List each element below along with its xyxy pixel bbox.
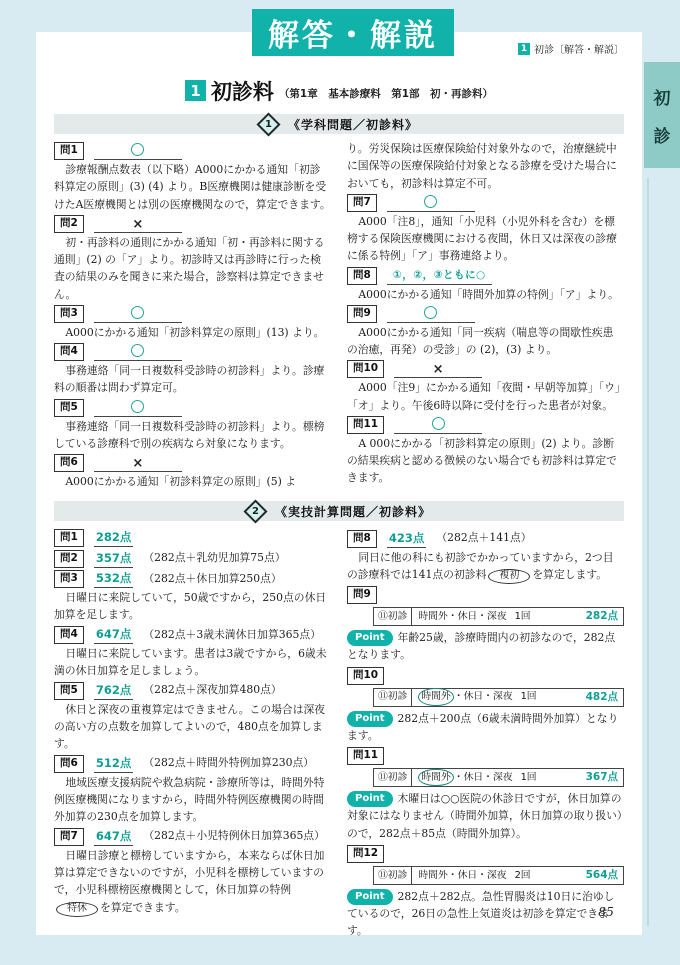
question-label: 問5: [54, 399, 84, 417]
question-label: 問9: [347, 586, 377, 604]
correct-mark-icon: [131, 400, 144, 413]
question-label: 問1: [54, 142, 84, 160]
question-label: 問7: [347, 194, 377, 212]
section-columns: 問1282点問2357点（282点＋乳幼児加算75点）問3532点（282点＋休…: [54, 527, 624, 942]
question-header: 問7647点（282点＋小児特例休日加算365点）: [54, 827, 331, 845]
explanation-text: A000にかかる通知「初診料算定の原則」(5) よ: [54, 473, 331, 490]
section-columns: 問1診療報酬点数表（以下略）A000にかかる通知「初診料算定の原則」(3) (4…: [54, 140, 624, 492]
explanation-text: A000にかかる通知「初診料算定の原則」(13) より。: [54, 324, 331, 341]
point-badge: Point: [347, 630, 393, 646]
receipt-row: ⑪初診時間外・休日・深夜1回482点: [373, 688, 624, 707]
question-item: 問7647点（282点＋小児特例休日加算365点）日曜日診療と標榜していますから…: [54, 827, 331, 916]
question-label: 問7: [54, 828, 84, 846]
answer-line: ×: [94, 219, 182, 233]
answer-points: 762点: [94, 683, 134, 700]
side-tab-char: 診: [654, 122, 671, 147]
answer-line: [94, 143, 182, 160]
side-tab-shoshin: 初 診: [644, 62, 680, 168]
question-item: 問5事務連絡「同一日複数科受診時の初診料」より。標榜している診療科で別の疾病なら…: [54, 399, 331, 453]
chapter-number-badge: 1: [185, 80, 206, 101]
point-badge: Point: [347, 889, 393, 905]
explanation-text: 日曜日診療と標榜していますから，本来ならば休日加算は算定できないのですが，小児科…: [54, 847, 331, 917]
answer-line: [387, 306, 475, 323]
question-label: 問2: [54, 215, 84, 233]
receipt-count: 1回: [521, 689, 537, 705]
question-header: 問1282点: [54, 529, 331, 547]
question-item: 問9A000にかかる通知「同一疾病（喘息等の間歇性疾患の治癒，再発）の受診」の …: [347, 305, 624, 359]
question-header: 問6×: [54, 454, 331, 472]
page-number: 85: [598, 904, 614, 919]
point-note: Point282点＋282点。急性胃腸炎は10日に治ゆしているので，26日の急性…: [347, 888, 624, 940]
answer-points: 532点: [94, 571, 134, 588]
answer-line: [94, 400, 182, 417]
question-header: 問7: [347, 194, 624, 212]
answer-detail: （282点＋141点）: [436, 529, 531, 547]
question-label: 問11: [347, 416, 384, 434]
explanation-text: 日曜日に来院していて，50歳ですから，250点の休日加算を足します。: [54, 589, 331, 624]
explanation-text: 日曜日に来院しています。患者は3歳ですから，6歳未満の休日加算を足しましょう。: [54, 645, 331, 680]
incorrect-mark-icon: ×: [433, 364, 444, 375]
answer-detail: （282点＋深夜加算480点）: [143, 681, 281, 699]
answer-line: ×: [394, 364, 482, 378]
question-item: 問1診療報酬点数表（以下略）A000にかかる通知「初診料算定の原則」(3) (4…: [54, 142, 331, 213]
chapter-title-text: 初診料: [211, 82, 274, 103]
answer-detail: （282点＋小児特例休日加算365点）: [143, 827, 325, 845]
question-label: 問4: [54, 343, 84, 361]
column: 問1282点問2357点（282点＋乳幼児加算75点）問3532点（282点＋休…: [54, 527, 331, 942]
question-item: 問12⑪初診時間外・休日・深夜2回564点Point282点＋282点。急性胃腸…: [347, 845, 624, 940]
circled-jikangai: 時間外: [418, 688, 453, 706]
header-reference-label: 初診〔解答・解説〕: [534, 41, 624, 56]
question-header: 問2357点（282点＋乳幼児加算75点）: [54, 549, 331, 567]
continued-text: り。労災保険は医療保険給付対象外なので，治療継続中に国保等の医療保険給付対象とな…: [347, 140, 624, 192]
correct-mark-icon: [131, 143, 144, 156]
question-item: 問10⑪初診時間外・休日・深夜1回482点Point282点＋200点（6歳未満…: [347, 667, 624, 745]
section-heading-label: 《実技計算問題／初診料》: [275, 503, 431, 520]
answer-line: ×: [94, 458, 182, 472]
question-header: 問9: [347, 305, 624, 323]
explanation-text: A 000にかかる「初診料算定の原則」(2) より。診断の結果疾病と認める徴候の…: [347, 435, 624, 487]
explanation-text: A000にかかる通知「時間外加算の特例」「ア」より。: [347, 286, 624, 303]
receipt-points: 564点: [586, 867, 623, 884]
section-heading-label: 《学科問題／初診料》: [288, 116, 418, 133]
explanation-text: 休日と深夜の重複算定はできません。この場合は深夜の高い方の点数を加算してよいので…: [54, 701, 331, 753]
book-page: 解答・解説 1 初診〔解答・解説〕 1 初診料 （第1章 基本診療料 第1部 初…: [36, 32, 642, 935]
question-item: 問11A 000にかかる「初診料算定の原則」(2) より。診断の結果疾病と認める…: [347, 416, 624, 487]
answer-points: 282点: [94, 530, 134, 547]
explanation-text: 事務連絡「同一日複数科受診時の初診料」より。診療料の順番は問わず算定可。: [54, 362, 331, 397]
question-label: 問12: [347, 845, 384, 863]
incorrect-mark-icon: ×: [132, 219, 143, 230]
answer-detail: （282点＋3歳未満休日加算365点）: [143, 626, 321, 644]
banner-title: 解答・解説: [268, 10, 438, 55]
point-note: Point木曜日は○○医院の休診日ですが，休日加算の対象にはなりません（時間外加…: [347, 790, 624, 842]
column: り。労災保険は医療保険給付対象外なので，治療継続中に国保等の医療保険給付対象とな…: [347, 140, 624, 492]
question-label: 問3: [54, 570, 84, 588]
receipt-code: ⑪初診: [374, 867, 412, 884]
question-header: 問12: [347, 845, 624, 863]
question-item: 問2357点（282点＋乳幼児加算75点）: [54, 549, 331, 567]
question-header: 問1: [54, 142, 331, 160]
question-item: 問6×A000にかかる通知「初診料算定の原則」(5) よ: [54, 454, 331, 490]
question-label: 問3: [54, 305, 84, 323]
answer-points: 357点: [94, 551, 134, 568]
question-item: 問1282点: [54, 529, 331, 547]
section-number-badge: 1: [518, 43, 530, 55]
question-item: 問10×A000「注9」にかかる通知「夜間・早朝等加算」「ウ」「オ」より。午後6…: [347, 360, 624, 414]
answer-points: 647点: [94, 829, 134, 846]
question-header: 問5762点（282点＋深夜加算480点）: [54, 681, 331, 699]
question-label: 問4: [54, 626, 84, 644]
receipt-count: 1回: [521, 770, 537, 786]
question-label: 問5: [54, 682, 84, 700]
question-header: 問3532点（282点＋休日加算250点）: [54, 570, 331, 588]
answer-banner: 解答・解説: [252, 9, 454, 56]
column: 問1診療報酬点数表（以下略）A000にかかる通知「初診料算定の原則」(3) (4…: [54, 140, 331, 492]
receipt-code: ⑪初診: [374, 769, 412, 786]
section-number-diamond: 2: [243, 499, 267, 523]
question-header: 問11: [347, 416, 624, 434]
answer-line: [394, 417, 482, 434]
question-item: 問7A000「注8」，通知「小児科（小児外科を含む）を標榜する保険医療機関におけ…: [347, 194, 624, 265]
oval-abbreviation: 複初: [488, 569, 530, 584]
section-heading: 1《学科問題／初診料》: [54, 114, 624, 134]
explanation-text: A000にかかる通知「同一疾病（喘息等の間歇性疾患の治癒，再発）の受診」の (2…: [347, 324, 624, 359]
explanation-text: 同日に他の科にも初診でかかっていますから，2つ目の診療科では141点の初診料複初…: [347, 549, 624, 584]
answer-line: ①，②，③ともに○: [387, 269, 492, 285]
sections-container: 1《学科問題／初診料》問1診療報酬点数表（以下略）A000にかかる通知「初診料算…: [54, 114, 624, 943]
incorrect-mark-icon: ×: [132, 458, 143, 469]
question-header: 問4: [54, 343, 331, 361]
receipt-label-text: 時間外・休日・深夜: [418, 868, 506, 884]
explanation-text: 地域医療支援病院や救急病院・診療所等は，時間外特例医療機関になりますから，時間外…: [54, 774, 331, 826]
receipt-label: 時間外・休日・深夜1回: [412, 688, 585, 706]
receipt-points: 282点: [586, 608, 623, 625]
question-label: 問10: [347, 667, 384, 685]
question-item: 問6512点（282点＋時間外特例加算230点）地域医療支援病院や救急病院・診療…: [54, 754, 331, 825]
question-label: 問8: [347, 267, 377, 285]
question-header: 問4647点（282点＋3歳未満休日加算365点）: [54, 626, 331, 644]
receipt-label-text: ・休日・深夜: [454, 689, 513, 705]
receipt-row: ⑪初診時間外・休日・深夜1回282点: [373, 607, 624, 626]
answer-points: 512点: [94, 756, 134, 773]
question-label: 問10: [347, 360, 384, 378]
question-header: 問5: [54, 399, 331, 417]
point-badge: Point: [347, 791, 393, 807]
question-item: 問4647点（282点＋3歳未満休日加算365点）日曜日に来院しています。患者は…: [54, 626, 331, 680]
question-item: 問3A000にかかる通知「初診料算定の原則」(13) より。: [54, 305, 331, 341]
question-item: 問3532点（282点＋休日加算250点）日曜日に来院していて，50歳ですから，…: [54, 570, 331, 624]
section-heading: 2《実技計算問題／初診料》: [54, 501, 624, 521]
receipt-count: 2回: [515, 868, 531, 884]
oval-abbreviation: 特休: [56, 902, 98, 917]
chapter-title-subtext: （第1章 基本診療料 第1部 初・再診料）: [279, 86, 493, 103]
receipt-label: 時間外・休日・深夜1回: [412, 769, 585, 787]
receipt-code: ⑪初診: [374, 608, 412, 625]
question-header: 問9: [347, 586, 624, 604]
question-item: 問8423点（282点＋141点）同日に他の科にも初診でかかっていますから，2つ…: [347, 529, 624, 584]
receipt-label-text: ・休日・深夜: [454, 770, 513, 786]
question-header: 問8①，②，③ともに○: [347, 267, 624, 285]
question-header: 問10: [347, 667, 624, 685]
receipt-label: 時間外・休日・深夜1回: [412, 609, 585, 625]
question-header: 問8423点（282点＋141点）: [347, 529, 624, 547]
answer-text: ①，②，③ともに○: [393, 269, 486, 282]
question-header: 問2×: [54, 215, 331, 233]
circled-jikangai: 時間外: [418, 769, 453, 787]
question-item: 問5762点（282点＋深夜加算480点）休日と深夜の重複算定はできません。この…: [54, 681, 331, 752]
answer-detail: （282点＋時間外特例加算230点）: [143, 754, 314, 772]
question-label: 問6: [54, 454, 84, 472]
answer-line: [387, 195, 475, 212]
receipt-points: 367点: [586, 769, 623, 786]
correct-mark-icon: [432, 417, 445, 430]
section-number: 1: [265, 119, 272, 130]
chapter-title: 1 初診料 （第1章 基本診療料 第1部 初・再診料）: [54, 80, 624, 103]
answer-line: [94, 306, 182, 323]
answer-detail: （282点＋休日加算250点）: [143, 570, 281, 588]
answer-detail: （282点＋乳幼児加算75点）: [143, 549, 285, 567]
correct-mark-icon: [131, 344, 144, 357]
answer-line: [94, 344, 182, 361]
explanation-text: A000「注9」にかかる通知「夜間・早朝等加算」「ウ」「オ」より。午後6時以降に…: [347, 379, 624, 414]
explanation-text: 初・再診料の通則にかかる通知「初・再診料に関する通則」(2) の「ア」より。初診…: [54, 234, 331, 303]
question-label: 問8: [347, 530, 377, 548]
column: 問8423点（282点＋141点）同日に他の科にも初診でかかっていますから，2つ…: [347, 527, 624, 942]
question-label: 問11: [347, 747, 384, 765]
question-label: 問9: [347, 305, 377, 323]
point-note: Point年齢25歳，診療時間内の初診なので，282点となります。: [347, 629, 624, 664]
question-item: 問9⑪初診時間外・休日・深夜1回282点Point年齢25歳，診療時間内の初診な…: [347, 586, 624, 664]
answer-points: 647点: [94, 627, 134, 644]
question-item: 問11⑪初診時間外・休日・深夜1回367点Point木曜日は○○医院の休診日です…: [347, 747, 624, 842]
question-item: 問4事務連絡「同一日複数科受診時の初診料」より。診療料の順番は問わず算定可。: [54, 343, 331, 397]
receipt-points: 482点: [586, 689, 623, 706]
side-tab-char: 初: [654, 84, 671, 109]
question-label: 問1: [54, 529, 84, 547]
point-note: Point282点＋200点（6歳未満時間外加算）となります。: [347, 710, 624, 745]
receipt-row: ⑪初診時間外・休日・深夜2回564点: [373, 866, 624, 885]
question-header: 問10×: [347, 360, 624, 378]
answer-points: 423点: [387, 531, 427, 548]
receipt-code: ⑪初診: [374, 689, 412, 706]
correct-mark-icon: [424, 195, 437, 208]
section-number-diamond: 1: [256, 112, 280, 136]
correct-mark-icon: [131, 306, 144, 319]
right-edge-rule: [647, 178, 649, 926]
receipt-count: 1回: [515, 609, 531, 625]
header-reference: 1 初診〔解答・解説〕: [518, 41, 624, 56]
question-item: 問2×初・再診料の通則にかかる通知「初・再診料に関する通則」(2) の「ア」より…: [54, 215, 331, 303]
point-badge: Point: [347, 711, 393, 727]
explanation-text: 診療報酬点数表（以下略）A000にかかる通知「初診料算定の原則」(3) (4) …: [54, 161, 331, 213]
receipt-label: 時間外・休日・深夜2回: [412, 868, 585, 884]
question-label: 問2: [54, 550, 84, 568]
explanation-text: 事務連絡「同一日複数科受診時の初診料」より。標榜している診療科で別の疾病なら対象…: [54, 418, 331, 453]
correct-mark-icon: [424, 306, 437, 319]
question-item: 問8①，②，③ともに○A000にかかる通知「時間外加算の特例」「ア」より。: [347, 267, 624, 303]
question-label: 問6: [54, 755, 84, 773]
question-header: 問6512点（282点＋時間外特例加算230点）: [54, 754, 331, 772]
receipt-row: ⑪初診時間外・休日・深夜1回367点: [373, 768, 624, 787]
section-number: 2: [252, 506, 259, 517]
question-header: 問3: [54, 305, 331, 323]
question-header: 問11: [347, 747, 624, 765]
explanation-text: A000「注8」，通知「小児科（小児外科を含む）を標榜する保険医療機関における夜…: [347, 213, 624, 265]
receipt-label-text: 時間外・休日・深夜: [418, 609, 506, 625]
